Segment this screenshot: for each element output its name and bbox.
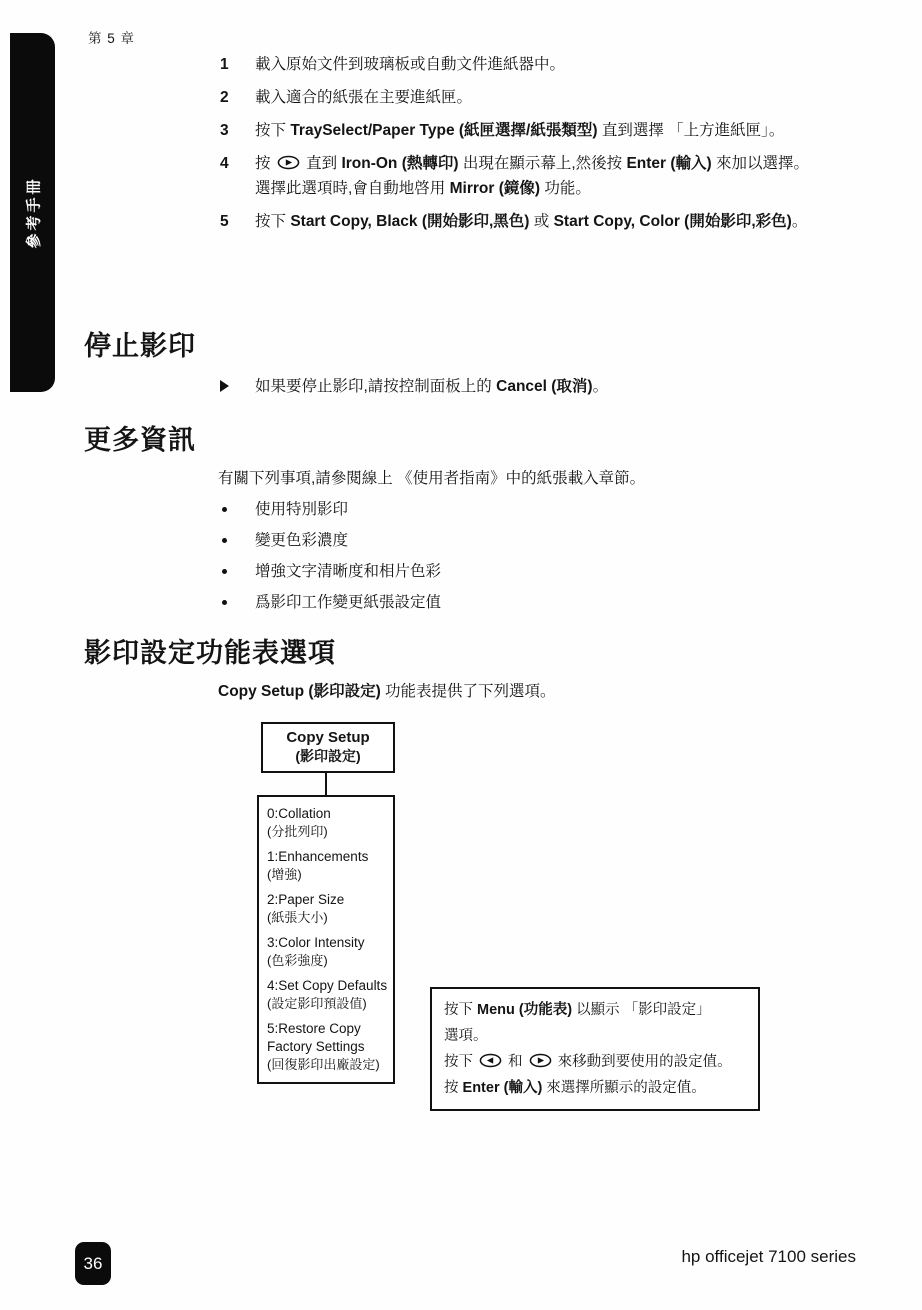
sidebar-tab-label: 參考手冊 [22, 176, 43, 248]
step-text: 載入適合的紙張在主要進紙匣。 [255, 87, 815, 108]
step-number: 4 [220, 153, 255, 199]
menu-item: 0:Collation (分批列印) [267, 805, 389, 841]
dot-bullet-icon [222, 507, 227, 512]
step-text: 載入原始文件到玻璃板或自動文件進紙器中。 [255, 54, 815, 75]
instruction-line-2: 選項。 [444, 1023, 746, 1049]
step-text: 按下 Start Copy, Black (開始影印,黑色) 或 Start C… [255, 211, 815, 232]
stop-copy-text: 如果要停止影印,請按控制面板上的 Cancel (取消)。 [255, 376, 608, 397]
step-number: 2 [220, 87, 255, 108]
more-info-intro: 有關下列事項,請參閱線上 《使用者指南》中的紙張載入章節。 [218, 468, 838, 489]
menu-item: 2:Paper Size (紙張大小) [267, 891, 389, 927]
section-heading-more-info: 更多資訊 [84, 418, 196, 457]
list-item: 爲影印工作變更紙張設定值 [222, 592, 822, 613]
step-4: 4 按 直到 Iron-On (熱轉印) 出現在顯示幕上,然後按 Enter (… [220, 153, 830, 199]
diagram-connector-line [325, 771, 327, 795]
right-triangle-bullet-icon [220, 380, 229, 392]
instruction-line-3: 按下 和 來移動到要使用的設定值。 [444, 1049, 746, 1075]
page-number: 36 [84, 1254, 103, 1274]
menu-item: 3:Color Intensity (色彩強度) [267, 934, 389, 970]
copy-setup-intro: Copy Setup (影印設定) 功能表提供了下列選項。 [218, 681, 858, 702]
dot-bullet-icon [222, 538, 227, 543]
step-4-main: 按 直到 Iron-On (熱轉印) 出現在顯示幕上,然後按 Enter (輸入… [255, 153, 815, 174]
section-heading-copy-setup-menu: 影印設定功能表選項 [84, 631, 336, 670]
chapter-label: 第 5 章 [88, 27, 135, 47]
list-item-text: 變更色彩濃度 [255, 530, 348, 551]
menu-item: 4:Set Copy Defaults (設定影印預設值) [267, 977, 389, 1013]
step-4-note: 選擇此選項時,會自動地啓用 Mirror (鏡像) 功能。 [255, 178, 815, 199]
list-item: 使用特別影印 [222, 499, 822, 520]
numbered-steps: 1 載入原始文件到玻璃板或自動文件進紙器中。 2 載入適合的紙張在主要進紙匣。 … [220, 54, 830, 244]
left-arrow-button-icon [479, 1053, 502, 1068]
menu-item: 5:Restore Copy Factory Settings (回復影印出廠設… [267, 1020, 389, 1074]
dot-bullet-icon [222, 569, 227, 574]
step-1: 1 載入原始文件到玻璃板或自動文件進紙器中。 [220, 54, 830, 75]
section-heading-stop-copy: 停止影印 [84, 324, 196, 363]
step-5: 5 按下 Start Copy, Black (開始影印,黑色) 或 Start… [220, 211, 830, 232]
diagram-menu-list-box: 0:Collation (分批列印) 1:Enhancements (增強) 2… [257, 795, 395, 1084]
manual-page: 第 5 章 參考手冊 1 載入原始文件到玻璃板或自動文件進紙器中。 2 載入適合… [0, 0, 922, 1310]
diagram-instruction-box: 按下 Menu (功能表) 以顯示 「影印設定」 選項。 按下 和 來移動到要使… [430, 987, 760, 1111]
step-text: 按 直到 Iron-On (熱轉印) 出現在顯示幕上,然後按 Enter (輸入… [255, 153, 815, 199]
step-number: 1 [220, 54, 255, 75]
root-box-subtitle: (影印設定) [295, 746, 360, 766]
right-arrow-button-icon [277, 155, 300, 170]
footer-product-name: hp officejet 7100 series [556, 1247, 856, 1267]
diagram-root-box: Copy Setup (影印設定) [261, 722, 395, 773]
page-number-badge: 36 [75, 1242, 111, 1285]
instruction-line-1: 按下 Menu (功能表) 以顯示 「影印設定」 [444, 997, 746, 1023]
dot-bullet-icon [222, 600, 227, 605]
list-item-text: 增強文字清晰度和相片色彩 [255, 561, 441, 582]
root-box-title: Copy Setup [286, 729, 369, 746]
step-2: 2 載入適合的紙張在主要進紙匣。 [220, 87, 830, 108]
sidebar-tab: 參考手冊 [10, 33, 55, 392]
list-item-text: 爲影印工作變更紙張設定值 [255, 592, 441, 613]
menu-item: 1:Enhancements (增強) [267, 848, 389, 884]
list-item: 增強文字清晰度和相片色彩 [222, 561, 822, 582]
step-text: 按下 TraySelect/Paper Type (紙匣選擇/紙張類型) 直到選… [255, 120, 815, 141]
stop-copy-instruction: 如果要停止影印,請按控制面板上的 Cancel (取消)。 [220, 376, 830, 397]
instruction-line-4: 按 Enter (輸入) 來選擇所顯示的設定值。 [444, 1075, 746, 1101]
step-number: 3 [220, 120, 255, 141]
step-number: 5 [220, 211, 255, 232]
list-item-text: 使用特別影印 [255, 499, 348, 520]
right-arrow-button-icon [529, 1053, 552, 1068]
list-item: 變更色彩濃度 [222, 530, 822, 551]
step-3: 3 按下 TraySelect/Paper Type (紙匣選擇/紙張類型) 直… [220, 120, 830, 141]
more-info-bullet-list: 使用特別影印 變更色彩濃度 增強文字清晰度和相片色彩 爲影印工作變更紙張設定值 [222, 499, 822, 623]
